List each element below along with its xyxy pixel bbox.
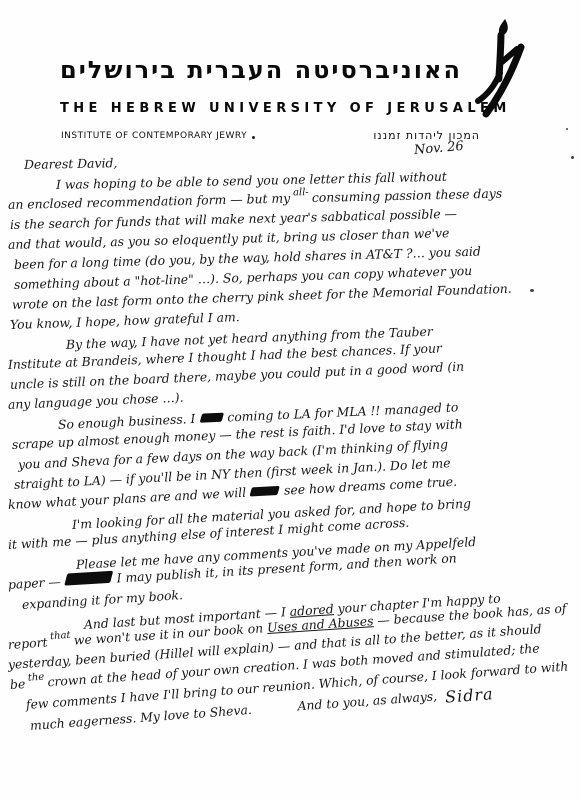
scanned-letter-page: האוניברסיטה העברית בירושלים THE HEBREW U…	[0, 0, 581, 800]
inserted-word: all-	[293, 183, 309, 203]
inserted-word: that	[49, 626, 71, 647]
ink-scribble-redaction	[64, 571, 113, 586]
university-name-english: THE HEBREW UNIVERSITY OF JERUSALEM	[60, 101, 511, 116]
text-segment: report	[7, 634, 47, 652]
inserted-word: the	[27, 668, 45, 689]
scan-speck	[530, 289, 534, 292]
signature: Sidra	[444, 684, 494, 706]
ink-scribble-redaction	[199, 413, 224, 423]
institute-name-english: INSTITUTE OF CONTEMPORARY JEWRY	[61, 131, 247, 141]
text-segment: consuming passion these days	[312, 186, 503, 205]
ink-scribble-redaction	[250, 486, 280, 497]
institute-name-hebrew: המכון ליהדות זמננו	[373, 129, 480, 142]
text-segment: paper —	[8, 574, 62, 592]
scan-speck	[571, 156, 574, 159]
text-segment: Dearest David,	[24, 155, 118, 172]
letter-body: Dearest David,I was hoping to be able to…	[8, 155, 575, 735]
text-segment: be	[9, 676, 25, 692]
university-name-hebrew: האוניברסיטה העברית בירושלים	[48, 56, 474, 84]
text-segment: any language you chose …).	[8, 390, 184, 412]
scan-speck	[566, 128, 568, 130]
letterhead-dot	[252, 136, 255, 139]
spacer	[252, 710, 298, 713]
